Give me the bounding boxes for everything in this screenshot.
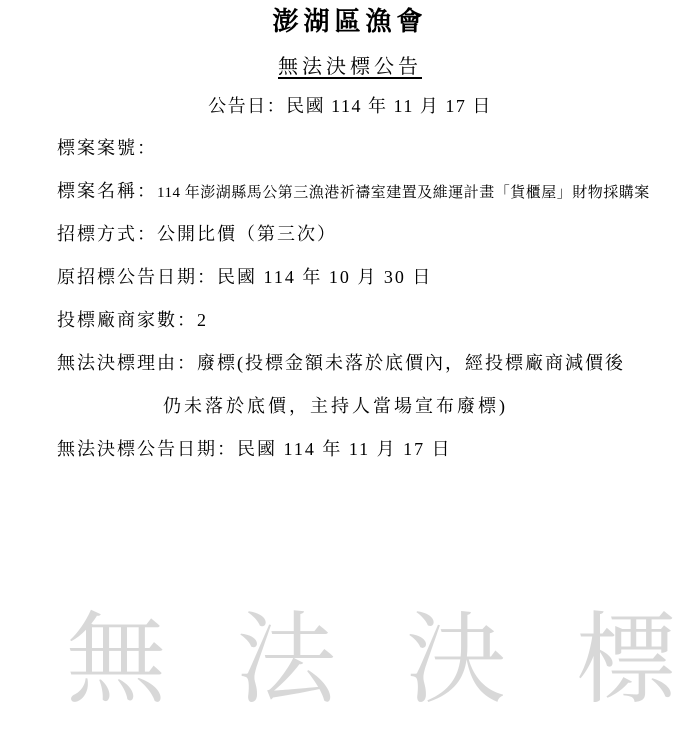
field-value: 2 [197,310,208,330]
field-value: 114 年澎湖縣馬公第三漁港祈禱室建置及維運計畫「貨櫃屋」財物採購案 [157,185,650,201]
org-title: 澎湖區漁會 [0,0,700,37]
field-value: 民國 114 年 10 月 30 日 [217,267,432,287]
field-value: 廢標(投標金額未落於底價內，經投標廠商減價後 [197,353,625,373]
field-label: 標案名稱： [57,181,157,201]
field-value: 仍未落於底價，主持人當場宣布廢標) [163,396,508,416]
field-row-failure-reason: 無法決標理由：廢標(投標金額未落於底價內，經投標廠商減價後 [57,342,688,385]
field-label: 招標方式： [57,224,157,244]
field-label: 標案案號： [57,138,157,158]
field-row-case-name: 標案名稱：114 年澎湖縣馬公第三漁港祈禱室建置及維運計畫「貨櫃屋」財物採購案 [57,170,688,213]
field-row-tender-method: 招標方式：公開比價（第三次） [57,213,688,256]
field-value: 公開比價（第三次） [157,224,337,244]
field-row-bidder-count: 投標廠商家數：2 [57,299,688,342]
field-label: 原招標公告日期： [57,267,217,287]
document-page: 澎湖區漁會 無法決標公告 公告日：民國 114 年 11 月 17 日 標案案號… [0,0,700,736]
field-row-failure-announce-date: 無法決標公告日期：民國 114 年 11 月 17 日 [57,428,688,471]
field-row-case-number: 標案案號： [57,127,688,170]
watermark-text: 無法決標 [0,606,700,716]
field-label: 無法決標公告日期： [57,439,237,459]
announce-date-line: 公告日：民國 114 年 11 月 17 日 [0,94,700,118]
field-label: 投標廠商家數： [57,310,197,330]
field-label: 無法決標理由： [57,353,197,373]
field-value: 民國 114 年 11 月 17 日 [237,439,452,459]
field-row-failure-reason-continuation: 仍未落於底價，主持人當場宣布廢標) [57,385,688,428]
field-row-original-announce-date: 原招標公告日期：民國 114 年 10 月 30 日 [57,256,688,299]
fields-section: 標案案號： 標案名稱：114 年澎湖縣馬公第三漁港祈禱室建置及維運計畫「貨櫃屋」… [0,127,700,471]
doc-title: 無法決標公告 [0,54,700,80]
